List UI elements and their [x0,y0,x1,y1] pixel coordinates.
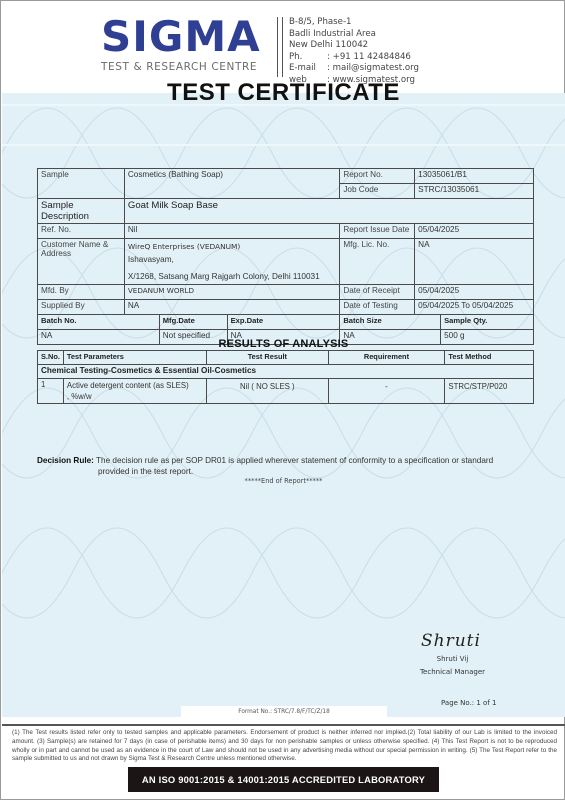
results-header-row: S.No. Test Parameters Test Result Requir… [38,351,534,365]
table-row: 1 Active detergent content (as SLES) , %… [38,379,534,404]
results-table: S.No. Test Parameters Test Result Requir… [37,350,534,404]
address-line-2: Badli Industrial Area [289,29,419,41]
customer-address-line-2: X/1268, Satsang Marg Rajgarh Colony, Del… [128,270,336,283]
issue-date-value: 05/04/2025 [415,224,534,239]
report-no-value: 13035061/B1 [415,169,534,184]
logo-subtitle: TEST & RESEARCH CENTRE [101,61,271,73]
company-logo: SIGMA TEST & RESEARCH CENTRE [101,15,271,73]
requirement-header: Requirement [328,351,445,365]
mfd-by-value: VEDANUM WORLD [124,285,339,300]
exp-date-header: Exp.Date [227,315,340,330]
address-email: E-mail: mail@sigmatest.org [289,63,419,75]
phone-label: Ph. [289,52,327,64]
ref-no-value: Nil [124,224,339,239]
parameter-header: Test Parameters [63,351,206,365]
row-result: Nil ( NO SLES ) [207,379,328,404]
decision-rule: Decision Rule: The decision rule as per … [37,455,537,477]
row-sno: 1 [38,379,64,404]
table-row: Customer Name & Address WireQ Enterprise… [38,239,534,285]
table-row: Supplied By NA Date of Testing 05/04/202… [38,300,534,315]
signatory-block: Shruti Vij Technical Manager [1,653,565,679]
receipt-date-value: 05/04/2025 [415,285,534,300]
end-of-report: *****End of Report***** [1,477,565,485]
job-code-label: Job Code [340,184,415,199]
ref-no-label: Ref. No. [38,224,125,239]
decision-rule-text-1: The decision rule as per SOP DR01 is app… [96,456,493,465]
header-divider [277,17,283,77]
table-row: Sample Cosmetics (Bathing Soap) Report N… [38,169,534,184]
batch-no-header: Batch No. [38,315,160,330]
sno-header: S.No. [38,351,64,365]
table-row: Sample Description Goat Milk Soap Base [38,199,534,224]
testing-date-value: 05/04/2025 To 05/04/2025 [415,300,534,315]
logo-wordmark: SIGMA [101,15,271,59]
row-parameter: Active detergent content (as SLES) , %w/… [63,379,206,404]
table-row: Mfd. By VEDANUM WORLD Date of Receipt 05… [38,285,534,300]
accreditation-banner: AN ISO 9001:2015 & 14001:2015 ACCREDITED… [128,767,439,792]
sample-qty-header: Sample Qty. [441,315,534,330]
address-phone: Ph.: +91 11 42484846 [289,52,419,64]
mfg-lic-value: NA [415,239,534,285]
method-header: Test Method [445,351,534,365]
signatory-designation: Technical Manager [339,666,565,679]
signature: Shruti [421,631,481,651]
email-label: E-mail [289,63,327,75]
mfg-date-header: Mfg.Date [159,315,227,330]
sample-info-table: Sample Cosmetics (Bathing Soap) Report N… [37,168,534,345]
sample-label: Sample [38,169,125,199]
row-method: STRC/STP/P020 [445,379,534,404]
customer-value: WireQ Enterprises (VEDANUM) Ishavasyam, … [124,239,339,285]
issue-date-label: Report Issue Date [340,224,415,239]
customer-name: WireQ Enterprises (VEDANUM) [128,240,336,253]
test-category: Chemical Testing-Cosmetics & Essential O… [38,365,534,379]
signatory-name: Shruti Vij [339,653,565,666]
sample-description-value: Goat Milk Soap Base [124,199,533,224]
customer-label: Customer Name & Address [38,239,125,285]
sample-description-label: Sample Description [38,199,125,224]
testing-date-label: Date of Testing [340,300,415,315]
receipt-date-label: Date of Receipt [340,285,415,300]
address-line-1: B-8/5, Phase-1 [289,17,419,29]
disclaimer-text: (1) The Test results listed refer only t… [12,729,557,764]
company-address: B-8/5, Phase-1 Badli Industrial Area New… [289,17,419,86]
decision-rule-text-2: provided in the test report. [37,466,537,477]
format-number: Format No.: STRC/7.8/F/TC/Z/18 [181,706,387,719]
page-number: Page No.: 1 of 1 [441,699,496,707]
batch-size-header: Batch Size [340,315,441,330]
table-row: Ref. No. Nil Report Issue Date 05/04/202… [38,224,534,239]
result-header: Test Result [207,351,328,365]
sample-value: Cosmetics (Bathing Soap) [124,169,339,199]
phone-value: : +91 11 42484846 [327,52,411,62]
footer-divider [2,724,565,726]
supplied-by-value: NA [124,300,339,315]
report-no-label: Report No. [340,169,415,184]
supplied-by-label: Supplied By [38,300,125,315]
row-requirement: - [328,379,445,404]
customer-address-line-1: Ishavasyam, [128,253,336,266]
results-title: RESULTS OF ANALYSIS [1,338,565,350]
decision-rule-label: Decision Rule: [37,456,94,465]
parameter-line-1: Active detergent content (as SLES) [67,380,203,391]
parameter-line-2: , %w/w [67,391,203,402]
address-line-3: New Delhi 110042 [289,40,419,52]
email-value[interactable]: : mail@sigmatest.org [327,63,419,73]
table-row: Batch No. Mfg.Date Exp.Date Batch Size S… [38,315,534,330]
page-title: TEST CERTIFICATE [1,79,565,107]
certificate-page: SIGMA TEST & RESEARCH CENTRE B-8/5, Phas… [0,0,565,800]
mfg-lic-label: Mfg. Lic. No. [340,239,415,285]
job-code-value: STRC/13035061 [415,184,534,199]
results-category-row: Chemical Testing-Cosmetics & Essential O… [38,365,534,379]
mfd-by-label: Mfd. By [38,285,125,300]
